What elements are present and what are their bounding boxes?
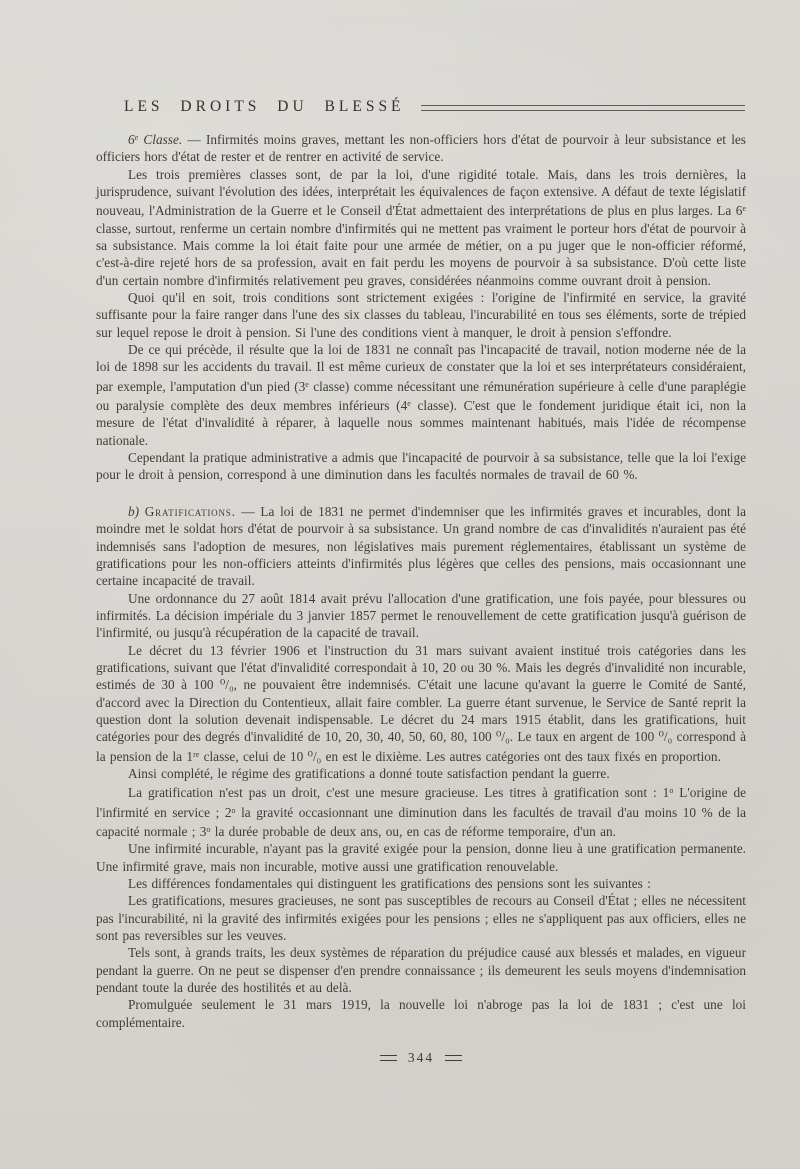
footer-left-double-bar	[380, 1055, 397, 1061]
running-title: LES DROITS DU BLESSÉ	[124, 99, 405, 115]
header-double-rule	[421, 105, 745, 112]
page-header: LES DROITS DU BLESSÉ	[96, 99, 745, 115]
paragraph: Les gratifications, mesures gracieuses, …	[96, 892, 746, 944]
paragraph: Une ordonnance du 27 août 1814 avait pré…	[96, 590, 746, 642]
paragraph: Tels sont, à grands traits, les deux sys…	[96, 944, 746, 996]
paragraph: Promulguée seulement le 31 mars 1919, la…	[96, 996, 746, 1031]
paragraph: Ainsi complété, le régime des gratificat…	[96, 765, 746, 782]
paragraph: La gratification n'est pas un droit, c'e…	[96, 782, 746, 840]
page-number: 344	[408, 1051, 434, 1065]
paragraph: Les différences fondamentales qui distin…	[96, 875, 746, 892]
paragraph: Le décret du 13 février 1906 et l'instru…	[96, 642, 746, 765]
paragraph: Une infirmité incurable, n'ayant pas la …	[96, 840, 746, 875]
footer-right-double-bar	[445, 1055, 462, 1061]
paragraph: b) Gratifications. — La loi de 1831 ne p…	[96, 503, 746, 590]
body-paragraphs: 6e Classe. — Infirmités moins graves, me…	[96, 129, 746, 1031]
paragraph: 6e Classe. — Infirmités moins graves, me…	[96, 129, 746, 166]
paragraph: Les trois premières classes sont, de par…	[96, 166, 746, 289]
paragraph: De ce qui précède, il résulte que la loi…	[96, 341, 746, 449]
paragraph: Cependant la pratique administrative a a…	[96, 449, 746, 484]
paragraph: Quoi qu'il en soit, trois conditions son…	[96, 289, 746, 341]
page-footer: 344	[96, 1051, 746, 1065]
scanned-book-page: LES DROITS DU BLESSÉ 6e Classe. — Infirm…	[0, 0, 800, 1169]
